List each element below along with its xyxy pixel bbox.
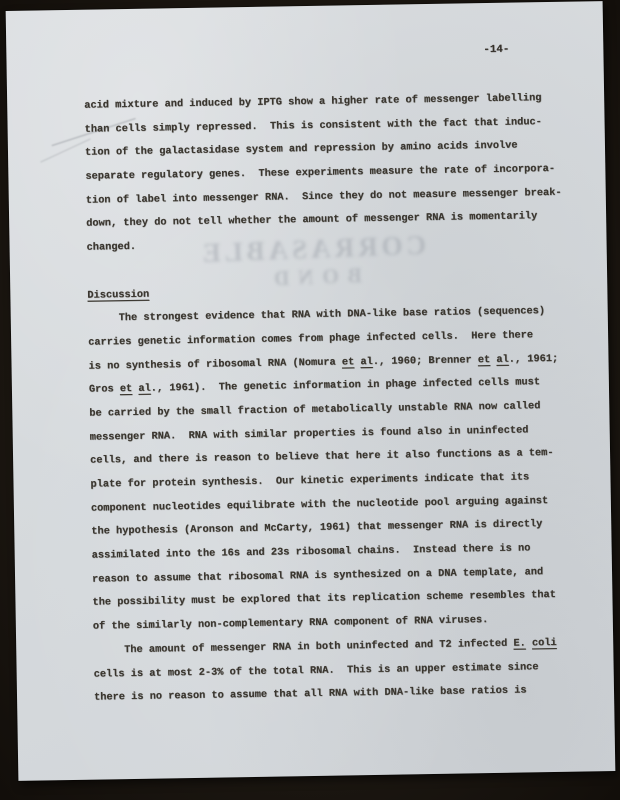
crease-mark [40,138,90,162]
scanned-document-page: { "colors": { "mat_background": "#1d1812… [0,0,620,800]
page-number: -14- [483,44,509,56]
paper-sheet: CORRASABLE BOND -14- acid mixture and in… [6,1,616,781]
document-body: acid mixture and induced by IPTG show a … [84,87,584,711]
